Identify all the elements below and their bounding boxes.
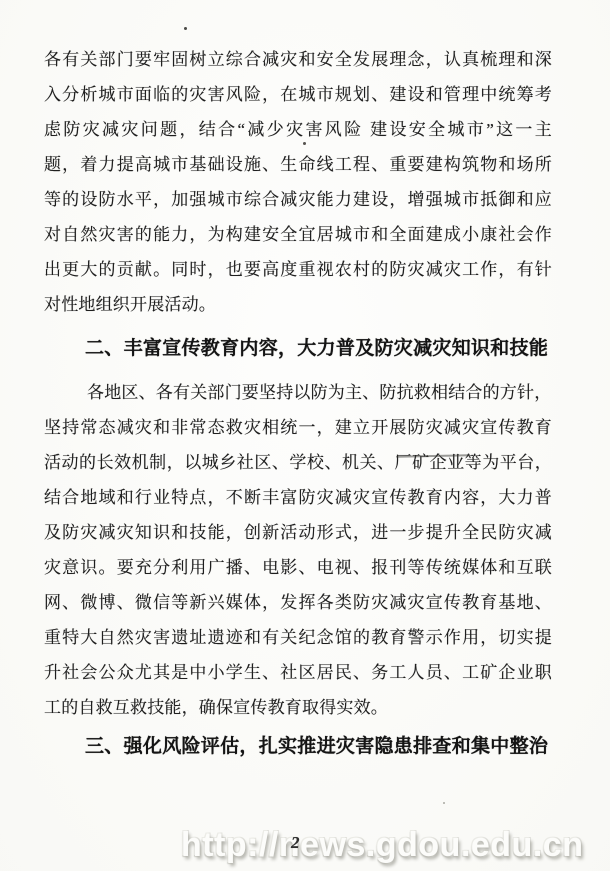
text-line: 工的自救互救技能，确保宣传教育取得实效。 bbox=[44, 690, 552, 725]
scan-speck bbox=[443, 802, 445, 804]
section-heading-3: 三、强化风险评估，扎实推进灾害隐患排查和集中整治 bbox=[44, 729, 584, 764]
scan-speck bbox=[184, 27, 187, 30]
text-line: 出更大的贡献。同时，也要高度重视农村的防灾减灾工作，有针 bbox=[44, 252, 552, 287]
text-line: 入分析城市面临的灾害风险，在城市规划、建设和管理中统筹考 bbox=[44, 77, 552, 112]
page-number: 2 bbox=[291, 833, 300, 853]
text-line: 重特大自然灾害遗址遗迹和有关纪念馆的教育警示作用，切实提 bbox=[44, 620, 552, 655]
text-line: 虑防灾减灾问题，结合“减少灾害风险 建设安全城市”这一主 bbox=[44, 112, 552, 147]
text-line: 灾意识。要充分利用广播、电影、电视、报刊等传统媒体和互联 bbox=[44, 550, 552, 585]
scanned-document-page: 各有关部门要牢固树立综合减灾和安全发展理念，认真梳理和深 入分析城市面临的灾害风… bbox=[0, 0, 610, 871]
text-line: 等的设防水平，加强城市综合减灾能力建设，增强城市抵御和应 bbox=[44, 182, 552, 217]
text-line: 网、微博、微信等新兴媒体，发挥各类防灾减灾宣传教育基地、 bbox=[44, 585, 552, 620]
text-line: 活动的长效机制，以城乡社区、学校、机关、厂矿企业等为平台， bbox=[44, 445, 552, 480]
text-line: 题，着力提高城市基础设施、生命线工程、重要建构筑物和场所 bbox=[44, 147, 552, 182]
text-line: 对性地组织开展活动。 bbox=[44, 287, 552, 322]
text-line: 坚持常态减灾和非常态救灾相统一，建立开展防灾减灾宣传教育 bbox=[44, 410, 552, 445]
site-watermark: http://news.gdou.edu.cn bbox=[181, 826, 583, 865]
text-line: 各地区、各有关部门要坚持以防为主、防抗救相结合的方针， bbox=[44, 375, 552, 410]
section-heading-2: 二、丰富宣传教育内容，大力普及防灾减灾知识和技能 bbox=[44, 331, 584, 366]
paragraph-1: 各有关部门要牢固树立综合减灾和安全发展理念，认真梳理和深 入分析城市面临的灾害风… bbox=[44, 42, 552, 322]
text-line: 结合地域和行业特点，不断丰富防灾减灾宣传教育内容，大力普 bbox=[44, 480, 552, 515]
paragraph-2: 各地区、各有关部门要坚持以防为主、防抗救相结合的方针， 坚持常态减灾和非常态救灾… bbox=[44, 375, 552, 725]
text-line: 各有关部门要牢固树立综合减灾和安全发展理念，认真梳理和深 bbox=[44, 42, 552, 77]
text-line: 及防灾减灾知识和技能，创新活动形式，进一步提升全民防灾减 bbox=[44, 515, 552, 550]
text-line: 对自然灾害的能力，为构建安全宜居城市和全面建成小康社会作 bbox=[44, 217, 552, 252]
text-line: 升社会公众尤其是中小学生、社区居民、务工人员、工矿企业职 bbox=[44, 655, 552, 690]
